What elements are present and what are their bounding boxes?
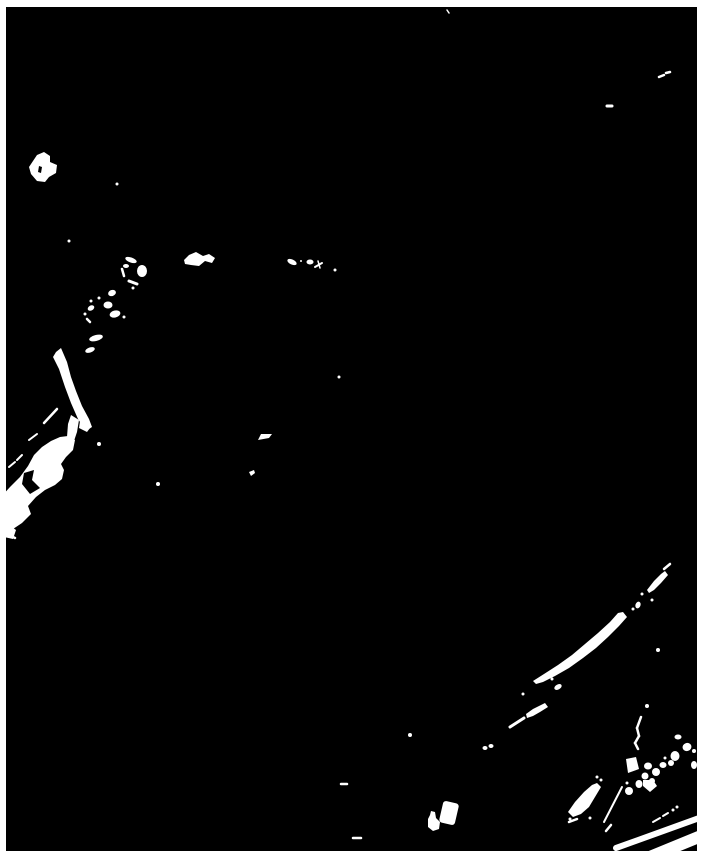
dot (651, 599, 654, 602)
cluster-blob (636, 780, 643, 788)
dot (300, 260, 302, 262)
dot (551, 678, 554, 681)
dot (98, 297, 101, 300)
speckle (675, 735, 682, 740)
cluster-blob (660, 762, 667, 768)
dot (90, 300, 93, 303)
dot (338, 376, 341, 379)
image-background (0, 0, 702, 858)
dot (656, 648, 660, 652)
speckle (123, 264, 129, 268)
speckle (668, 760, 674, 766)
dot (589, 817, 592, 820)
speckle (691, 761, 697, 769)
cluster-blob (652, 768, 660, 776)
dot (84, 313, 87, 316)
dot (132, 287, 135, 290)
dot (334, 269, 337, 272)
speckle (483, 746, 488, 750)
binary-mask-canvas (0, 0, 702, 858)
speckle (104, 302, 113, 309)
cluster-blob (625, 787, 633, 795)
dot (626, 782, 629, 785)
speckle (489, 744, 494, 748)
dot (632, 608, 635, 611)
image-frame-border (0, 0, 6, 858)
dot (68, 240, 71, 243)
step-dash (666, 72, 670, 73)
speckle (671, 751, 680, 761)
cluster-blob (644, 763, 652, 770)
dot (645, 704, 649, 708)
dot (123, 316, 126, 319)
image-frame-border (0, 0, 702, 7)
speckle (307, 260, 314, 265)
dot (676, 806, 679, 809)
dot (641, 593, 644, 596)
dot (522, 693, 525, 696)
dot (664, 757, 667, 760)
speckle (137, 265, 147, 277)
cluster-blob (642, 773, 649, 780)
image-frame-border (697, 0, 702, 858)
dot (692, 749, 696, 753)
dot (408, 733, 412, 737)
dot (156, 482, 160, 486)
dot (596, 776, 599, 779)
dot (600, 779, 603, 782)
ring-dot (97, 442, 101, 446)
binary-mask-figure (0, 0, 702, 858)
image-frame-border (0, 851, 702, 858)
dot (116, 183, 119, 186)
dot (672, 809, 675, 812)
